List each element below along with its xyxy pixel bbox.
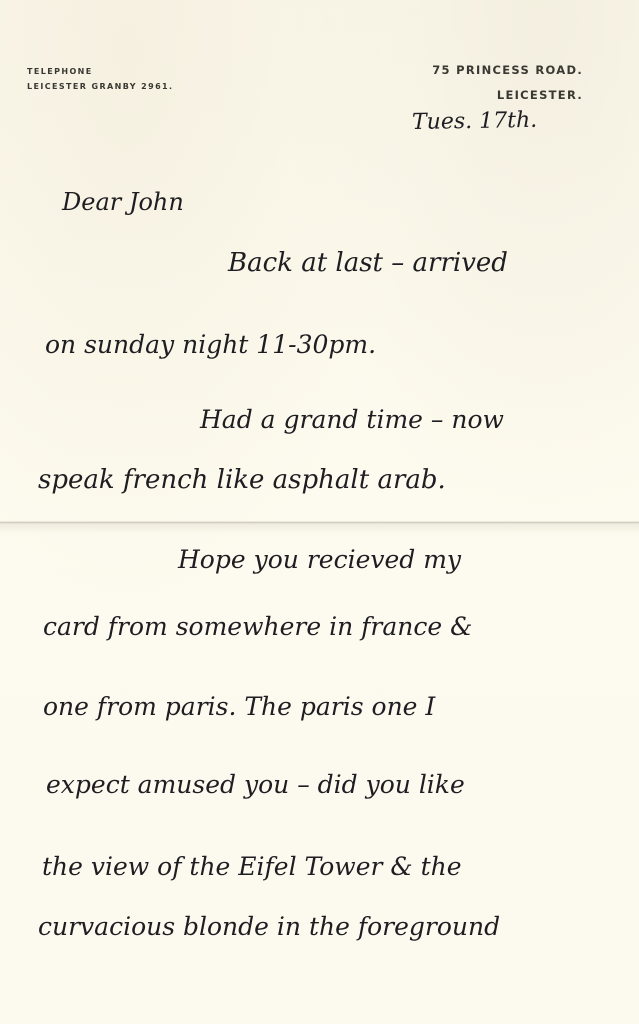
letter-line: Had a grand time – now	[200, 405, 504, 434]
letter-line: card from somewhere in france &	[43, 612, 472, 641]
letter-line: expect amused you – did you like	[46, 770, 465, 799]
letterhead-address-city: LEICESTER.	[432, 83, 583, 108]
letterhead-telephone: TELEPHONE LEICESTER GRANBY 2961.	[27, 64, 173, 94]
letter-line: on sunday night 11-30pm.	[45, 330, 376, 359]
letter-line: curvacious blonde in the foreground	[38, 912, 500, 941]
letter-line: the view of the Eifel Tower & the	[42, 852, 462, 881]
paper-fold-shadow	[0, 524, 639, 534]
letter-date: Tues. 17th.	[412, 108, 538, 135]
letter-salutation: Dear John	[62, 188, 184, 216]
letterhead-address-street: 75 PRINCESS ROAD.	[432, 58, 583, 83]
letter-line: Back at last – arrived	[228, 248, 508, 278]
letterhead-telephone-label: TELEPHONE	[27, 64, 173, 79]
letter-line: one from paris. The paris one I	[43, 692, 435, 721]
letter-line: speak french like asphalt arab.	[38, 465, 446, 495]
letter-page: TELEPHONE LEICESTER GRANBY 2961. 75 PRIN…	[0, 0, 639, 1024]
letter-line: Hope you recieved my	[178, 545, 461, 574]
letterhead-address: 75 PRINCESS ROAD. LEICESTER.	[432, 58, 583, 108]
letterhead-telephone-number: LEICESTER GRANBY 2961.	[27, 79, 173, 94]
